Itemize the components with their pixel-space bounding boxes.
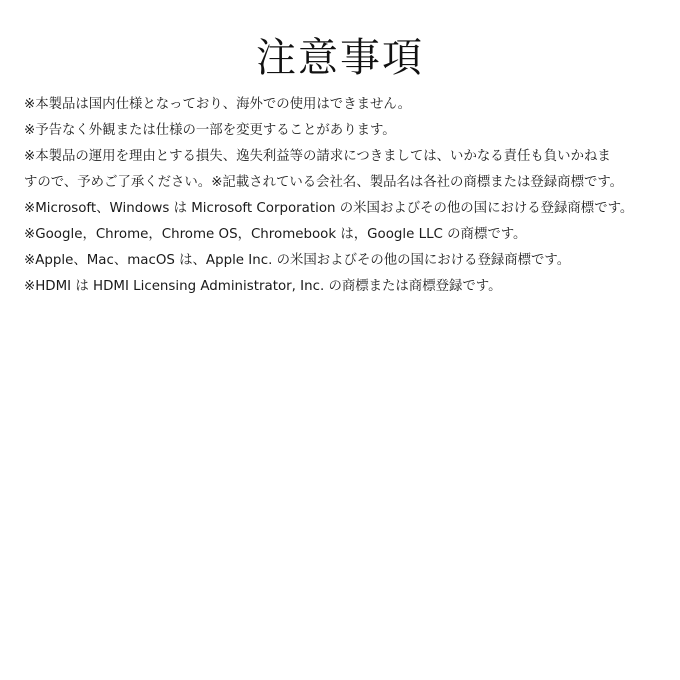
note-spec-change: ※予告なく外観または仕様の一部を変更することがあります。 <box>24 118 664 144</box>
note-microsoft-trademark: ※Microsoft、Windows は Microsoft Corporati… <box>24 196 664 222</box>
note-google-trademark: ※Google，Chrome，Chrome OS，Chromebook は，Go… <box>24 222 664 248</box>
note-liability-line2: すので、予めご了承ください。※記載されている会社名、製品名は各社の商標または登録… <box>24 170 664 196</box>
note-apple-trademark: ※Apple、Mac、macOS は、Apple Inc. の米国およびその他の… <box>24 248 664 274</box>
note-liability-line1: ※本製品の運用を理由とする損失、逸失利益等の請求につきましては、いかなる責任も負… <box>24 144 664 170</box>
note-domestic-only: ※本製品は国内仕様となっており、海外での使用はできません。 <box>24 92 664 118</box>
page-title: 注意事項 <box>0 30 680 86</box>
notes-list: ※本製品は国内仕様となっており、海外での使用はできません。 ※予告なく外観または… <box>24 92 664 300</box>
note-hdmi-trademark: ※HDMI は HDMI Licensing Administrator, In… <box>24 274 664 300</box>
